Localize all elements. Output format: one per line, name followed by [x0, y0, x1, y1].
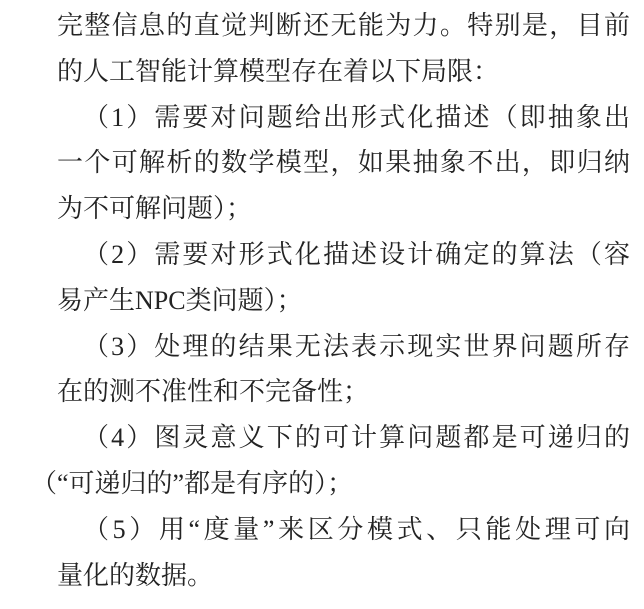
text-line: 的人工智能计算模型存在着以下局限： — [57, 49, 630, 95]
text-line: （“可递归的”都是有序的）； — [31, 461, 630, 507]
text-line: 量化的数据。 — [57, 553, 630, 599]
document-page: 完整信息的直觉判断还无能为力。特别是，目前 的人工智能计算模型存在着以下局限： … — [0, 0, 644, 609]
text-line: 在的测不准性和不完备性； — [57, 369, 630, 415]
text-line: 完整信息的直觉判断还无能为力。特别是，目前 — [57, 3, 630, 49]
text-line: 为不可解问题）； — [57, 186, 630, 232]
text-line-item-1-start: （1）需要对问题给出形式化描述（即抽象出 — [57, 95, 630, 141]
text-line-item-5-start: （5）用“度量”来区分模式、只能处理可向 — [57, 507, 630, 553]
text-line-item-4-start: （4）图灵意义下的可计算问题都是可递归的 — [57, 415, 630, 461]
text-line-item-2-start: （2）需要对形式化描述设计确定的算法（容 — [57, 232, 630, 278]
text-line: 易产生NPC类问题）； — [57, 278, 630, 324]
text-line: 一个可解析的数学模型，如果抽象不出，即归纳 — [57, 140, 630, 186]
text-line-item-3-start: （3）处理的结果无法表示现实世界问题所存 — [57, 324, 630, 370]
